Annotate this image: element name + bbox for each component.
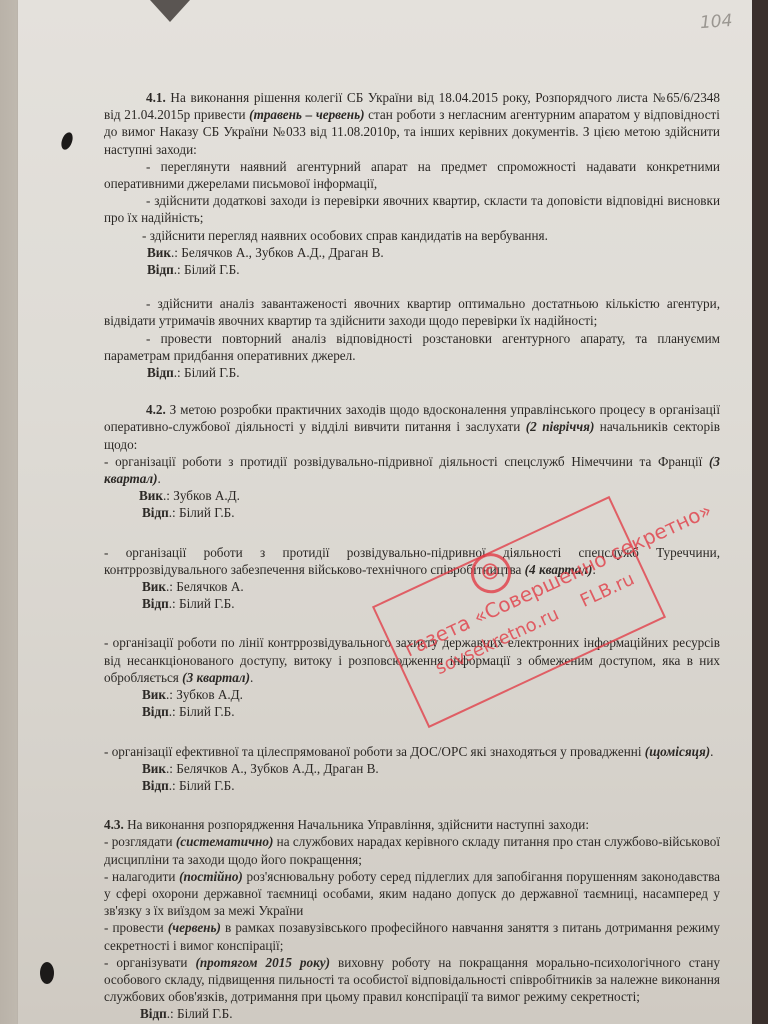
- responsible: Відп.: Білий Г.Б.: [104, 364, 720, 381]
- list-item: - здійснити аналіз завантаженості явочни…: [104, 295, 720, 329]
- executors: Вик.: Белячков А., Зубков А.Д., Драган В…: [104, 244, 720, 261]
- section-4-2-intro: 4.2. З метою розробки практичних заходів…: [104, 401, 720, 453]
- list-item: - провести повторний аналіз відповідност…: [104, 330, 720, 364]
- list-item: - здійснити додаткові заходи із перевірк…: [104, 192, 720, 226]
- executors: Вик.: Зубков А.Д.: [104, 487, 720, 504]
- executors: Вик.: Белячков А., Зубков А.Д., Драган В…: [104, 760, 720, 777]
- list-item: - здійснити перегляд наявних особових сп…: [104, 227, 720, 244]
- list-item: - переглянути наявний агентурний апарат …: [104, 158, 720, 192]
- list-item: - організації ефективної та цілеспрямова…: [104, 743, 720, 760]
- responsible: Відп.: Білий Г.Б.: [104, 261, 720, 278]
- list-item: - провести (червень) в рамках позавузівс…: [104, 919, 720, 953]
- list-item: - розглядати (систематично) на службових…: [104, 833, 720, 867]
- background-right: [752, 0, 768, 1024]
- responsible: Відп.: Білий Г.Б.: [104, 777, 720, 794]
- page-number: 104: [699, 11, 733, 33]
- punch-hole: [40, 962, 54, 984]
- section-4-1-intro: 4.1. На виконання рішення колегії СБ Укр…: [104, 89, 720, 158]
- list-item: - налагодити (постійно) роз'яснювальну р…: [104, 868, 720, 920]
- list-item: - організувати (протягом 2015 року) вихо…: [104, 954, 720, 1006]
- responsible: Відп.: Білий Г.Б.: [104, 703, 720, 720]
- responsible: Відп.: Білий Г.Б.: [104, 1005, 720, 1022]
- list-item: - організації роботи з протидії розвідув…: [104, 453, 720, 487]
- section-4-3-intro: 4.3. На виконання розпорядження Начальни…: [104, 816, 720, 833]
- responsible: Відп.: Білий Г.Б.: [104, 504, 720, 521]
